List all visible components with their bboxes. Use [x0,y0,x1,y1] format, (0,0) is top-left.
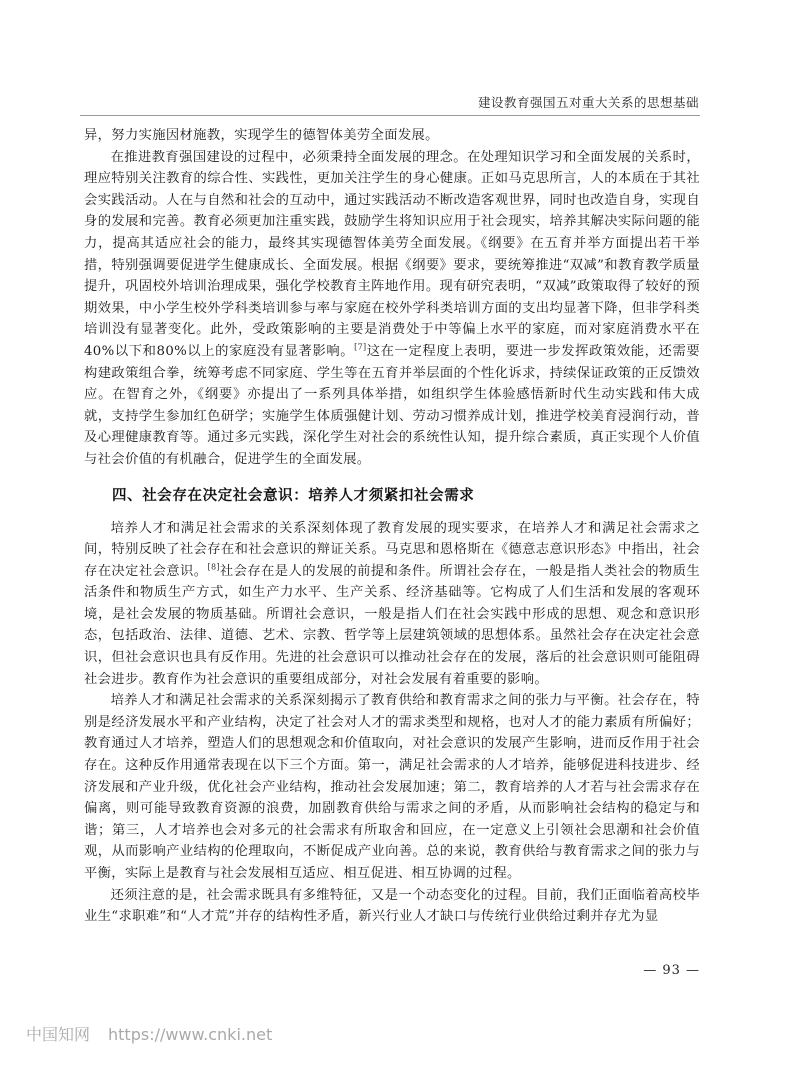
running-header: 建设教育强国五对重大关系的思想基础 [83,93,699,111]
paragraph-holistic-development: 在推进教育强国建设的过程中，必须秉持全面发展的理念。在处理知识学习和全面发展的关… [84,147,700,471]
paragraph-text: 这在一定程度上表明，要进一步发挥政策效能，还需要构建政策组合拳，统筹考虑不同家庭… [84,344,700,467]
watermark-url[interactable]: https://www.cnki.net [108,1025,272,1044]
paragraph-continuation: 异，努力实施因材施教，实现学生的德智体美劳全面发展。 [84,125,700,147]
article-body: 异，努力实施因材施教，实现学生的德智体美劳全面发展。 在推进教育强国建设的过程中… [84,125,700,928]
citation-ref-8[interactable]: [8] [207,562,219,571]
citation-ref-7[interactable]: [7] [354,343,366,352]
section-heading-4: 四、社会存在决定社会意识：培养人才须紧扣社会需求 [84,484,700,508]
paragraph-supply-demand: 培养人才和满足社会需求的关系深刻揭示了教育供给和教育需求之间的张力与平衡。社会存… [84,690,700,884]
paragraph-social-existence: 培养人才和满足社会需求的关系深刻体现了教育发展的现实要求，在培养人才和满足社会需… [84,518,700,691]
paragraph-dynamic-demand: 还须注意的是，社会需求既具有多维特征，又是一个动态变化的过程。目前，我们正面临着… [84,885,700,928]
cnki-watermark: 中国知网https://www.cnki.net [26,1022,272,1045]
paragraph-text: 在推进教育强国建设的过程中，必须秉持全面发展的理念。在处理知识学习和全面发展的关… [84,150,700,359]
paragraph-text: 社会存在是人的发展的前提和条件。所谓社会存在，一般是指人类社会的物质生活条件和物… [84,564,700,687]
header-rule [80,115,700,116]
page-number: — 93 — [620,963,700,978]
watermark-site-name: 中国知网 [26,1025,90,1044]
